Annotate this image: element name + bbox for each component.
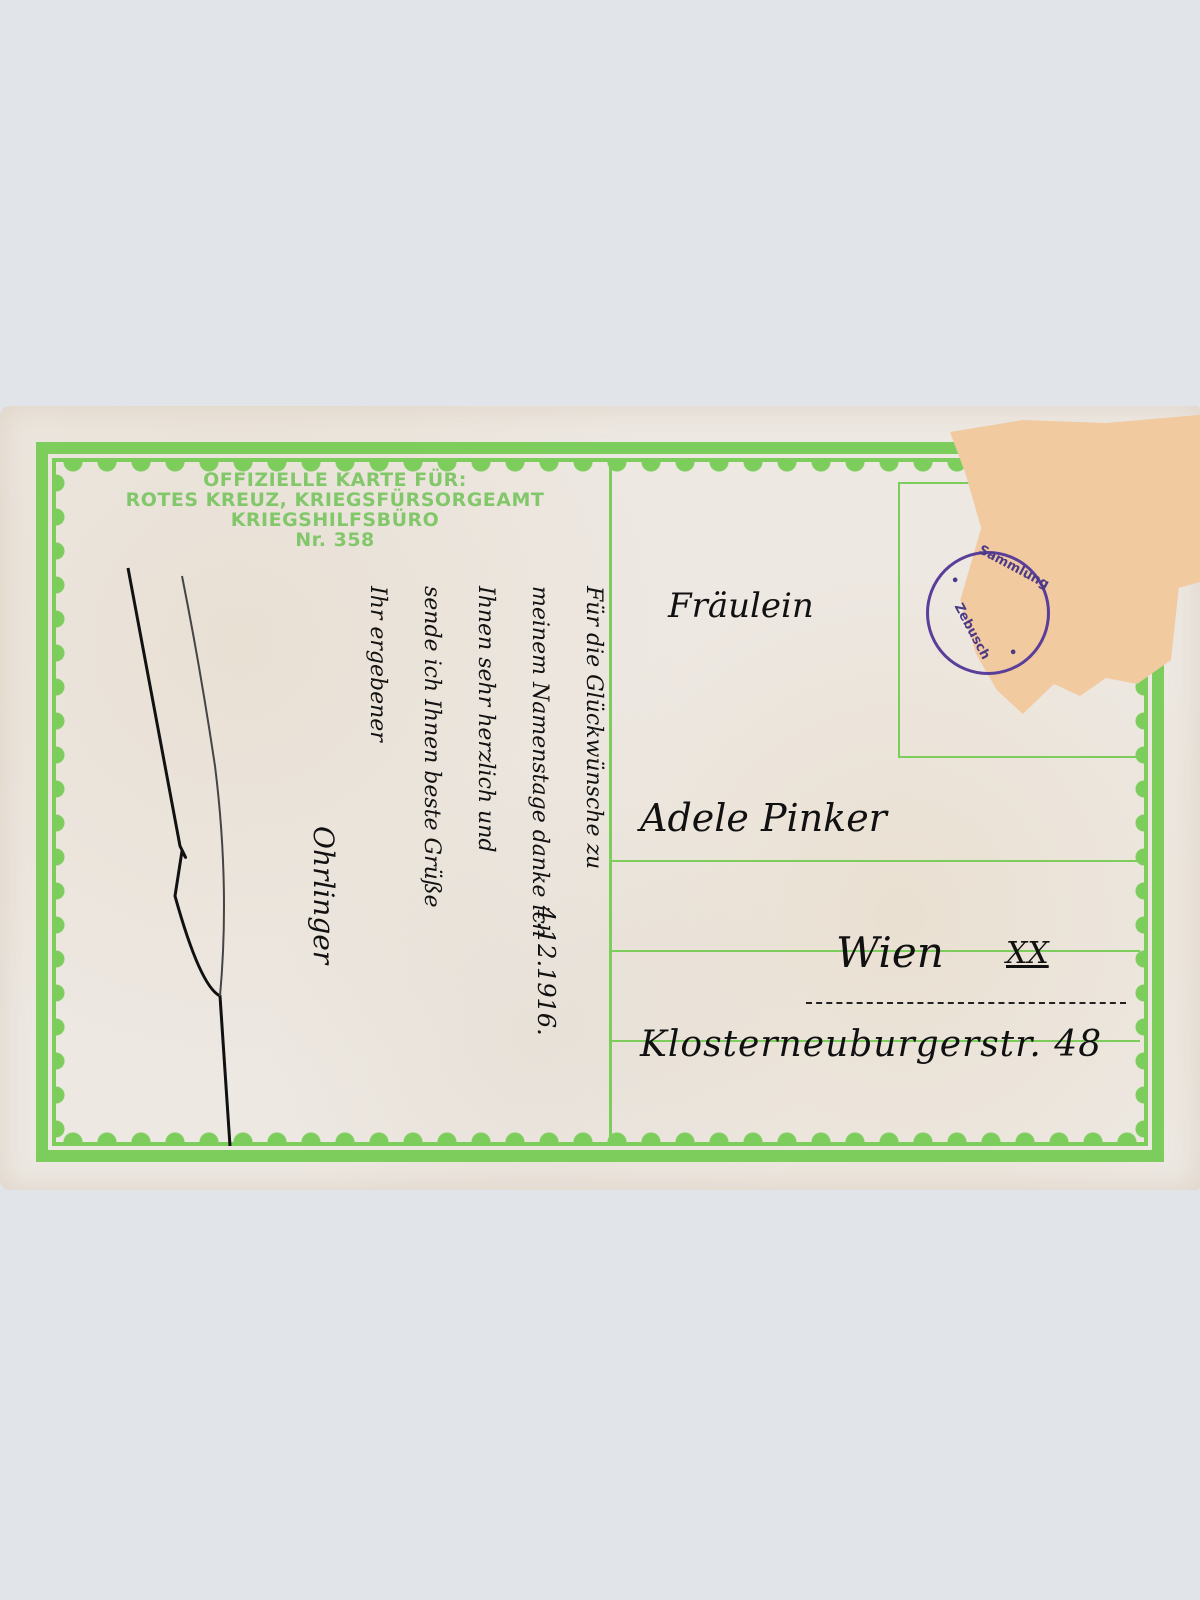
message-line: Ihr ergebener <box>350 586 404 1146</box>
stamp-dot: • <box>1009 646 1017 661</box>
message-line: sende ich Ihnen beste Grüße <box>404 586 458 1146</box>
signature: Ohrlinger <box>296 586 350 1146</box>
recipient-district: XX <box>1006 936 1049 971</box>
address-line <box>610 860 1140 862</box>
recipient-name: Adele Pinker <box>640 796 887 840</box>
message-line: meinem Namenstage danke ich <box>512 586 566 1146</box>
handwritten-message: Für die Glückwünsche zu meinem Namenstag… <box>240 586 620 1146</box>
scalloped-border-left <box>56 466 68 1138</box>
header-line-3: KRIEGSHILFSBÜRO <box>70 510 600 530</box>
stamp-dot: • <box>951 574 959 589</box>
card-number: Nr. 358 <box>70 530 600 550</box>
signature-flourish <box>120 566 260 1166</box>
header-line-2: ROTES KREUZ, KRIEGSFÜRSORGEAMT <box>70 490 600 510</box>
salutation: Fräulein <box>668 586 814 626</box>
printed-header: OFFIZIELLE KARTE FÜR: ROTES KREUZ, KRIEG… <box>70 470 600 550</box>
collection-stamp: Sammlung Zebusch • • <box>926 551 1050 675</box>
message-line: Für die Glückwünsche zu <box>566 586 620 1146</box>
city-underline <box>806 992 1126 1004</box>
message-line: Ihnen sehr herzlich und <box>458 586 512 1146</box>
stamp-text-bottom: Zebusch <box>951 601 993 662</box>
header-line-1: OFFIZIELLE KARTE FÜR: <box>70 470 600 490</box>
recipient-city: Wien <box>836 928 944 977</box>
postcard: OFFIZIELLE KARTE FÜR: ROTES KREUZ, KRIEG… <box>0 406 1200 1190</box>
recipient-street: Klosterneuburgerstr. 48 <box>640 1024 1102 1065</box>
message-date: 4.12.1916. <box>532 906 560 1036</box>
